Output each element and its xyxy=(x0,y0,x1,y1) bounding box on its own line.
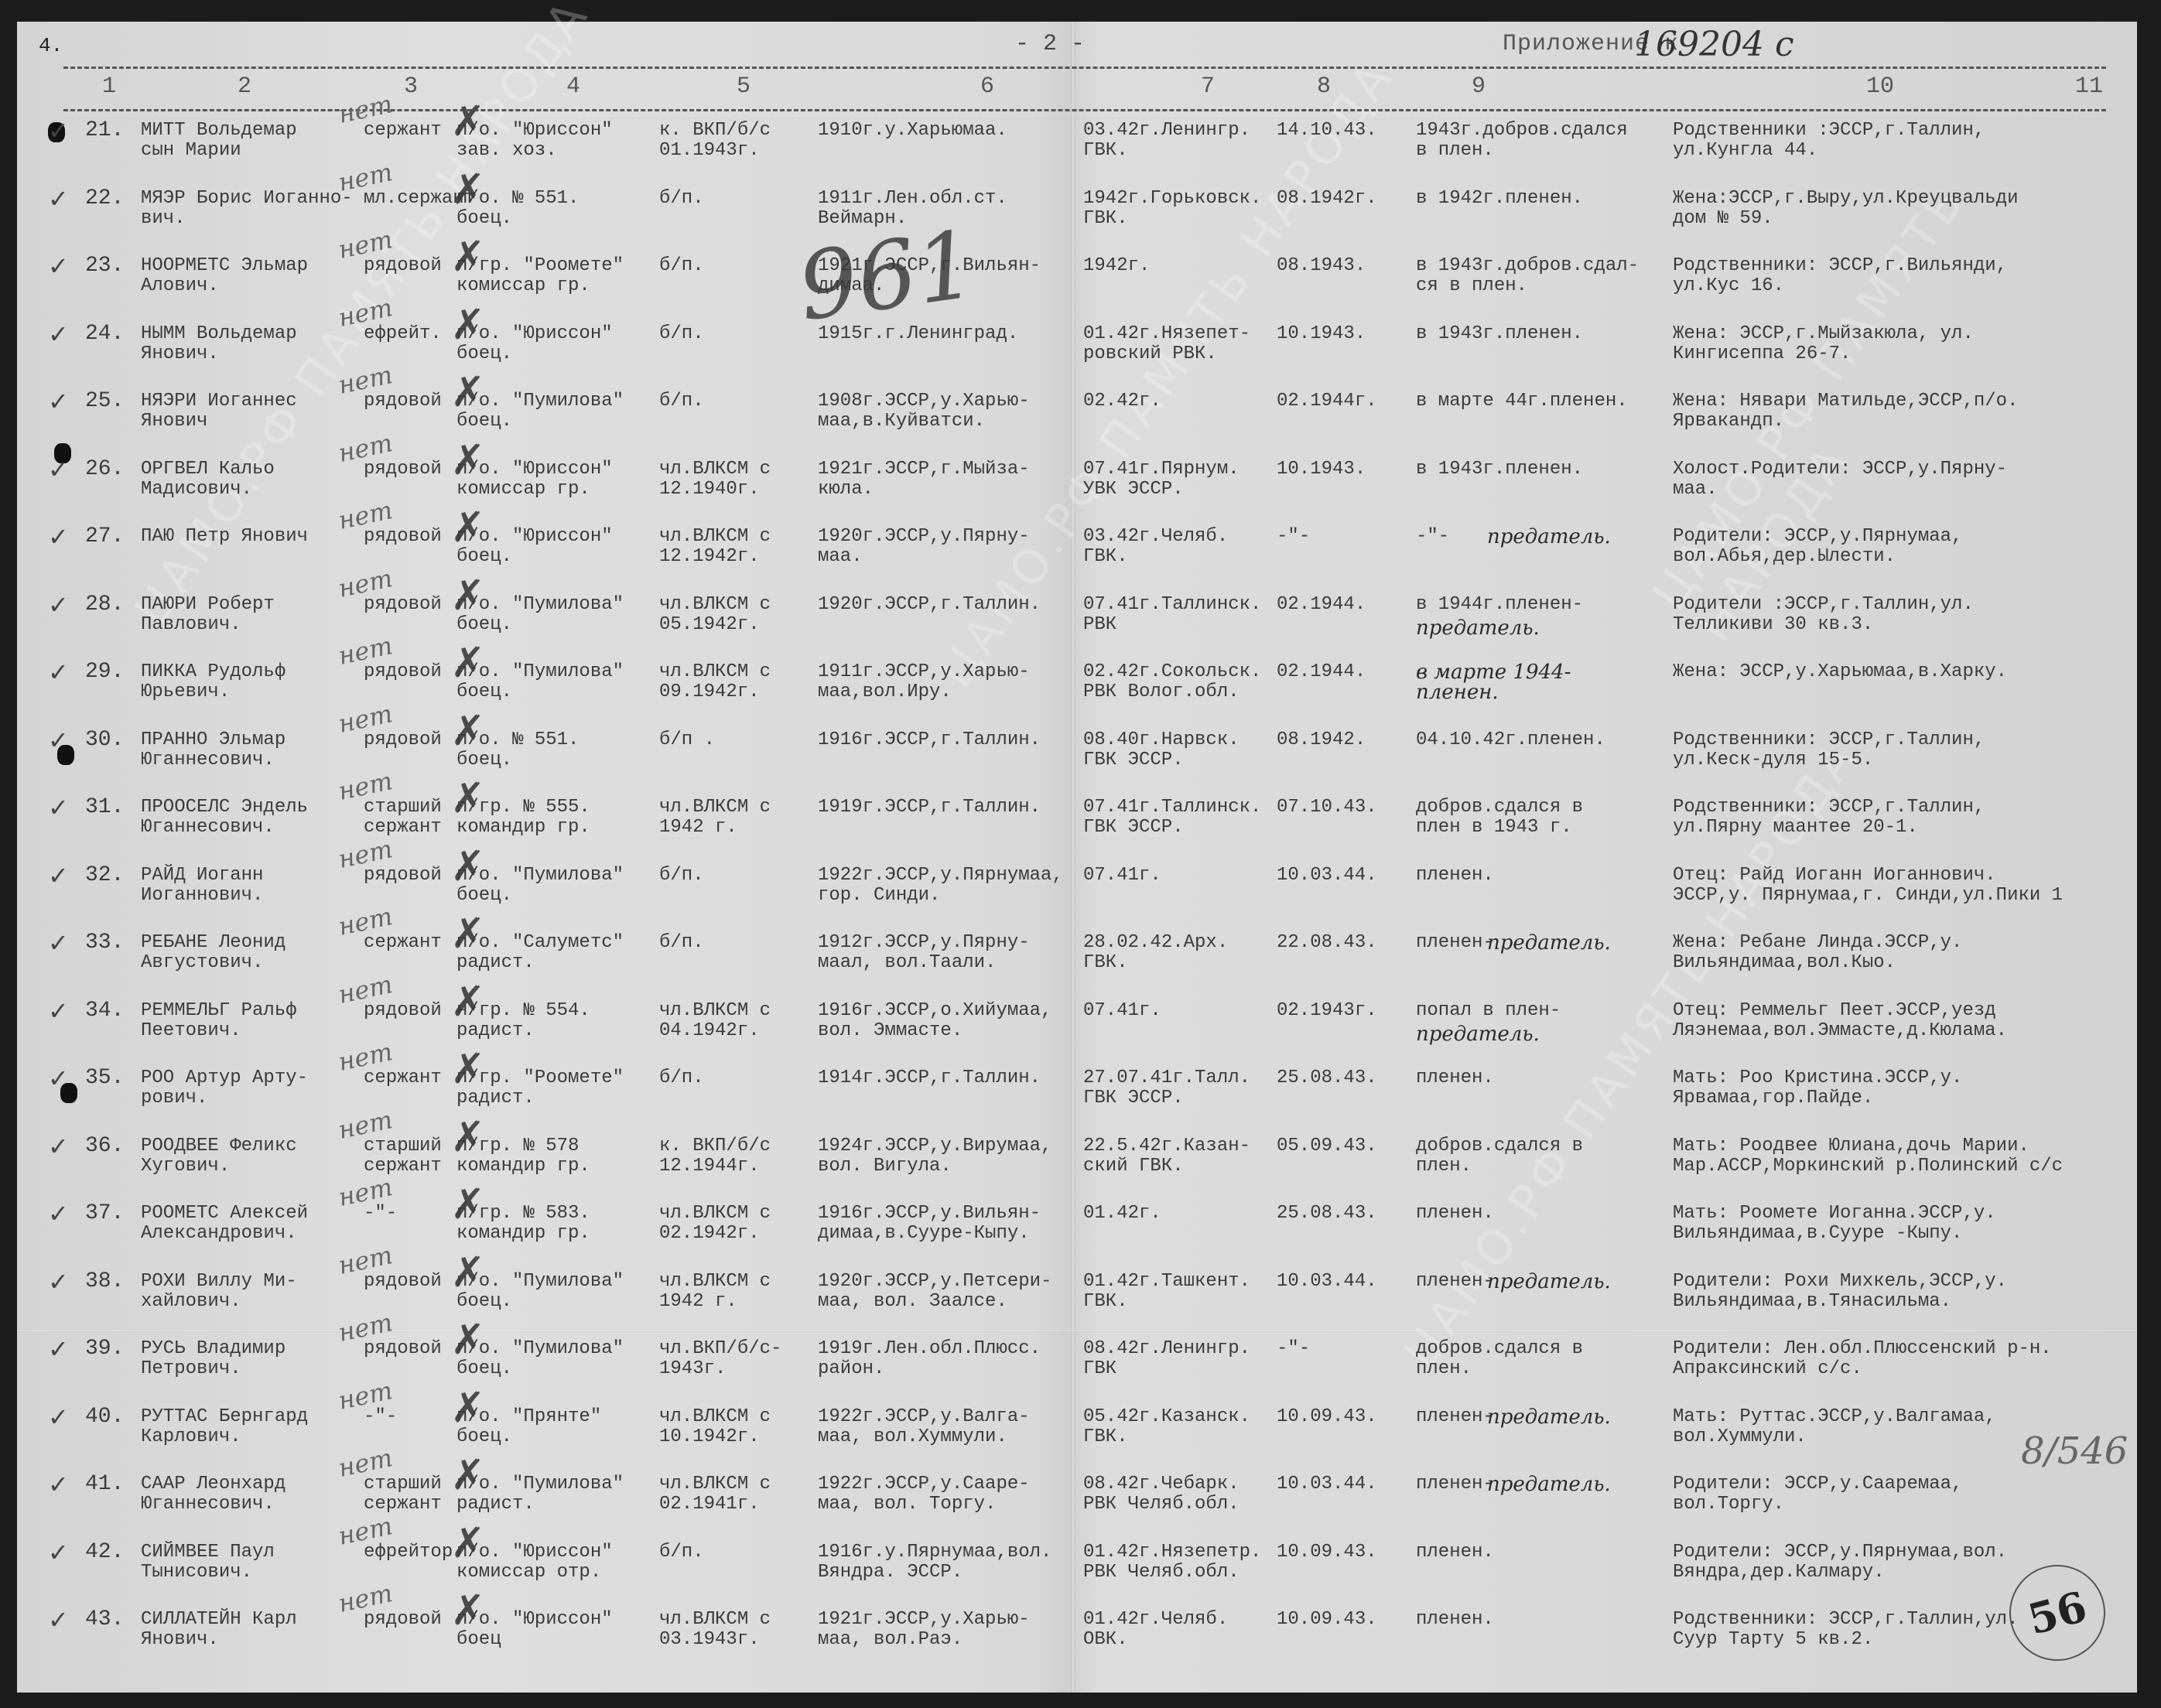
rank: старший сержант xyxy=(364,1136,456,1177)
table-row: ✓нет✗21.МИТТ Вольдемар сын Мариисержантп… xyxy=(17,121,2137,187)
rank: рядовой xyxy=(364,459,456,480)
relatives: Жена:ЭССР,г.Выру,ул.Креуцвальди дом № 59… xyxy=(1673,189,2106,229)
row-number: 23. xyxy=(85,256,124,276)
birth-info: 1924г.ЭССР,у.Вирумаа, вол. Вигула. xyxy=(818,1136,1073,1177)
missing-date: 08.1943. xyxy=(1277,256,1393,276)
handwritten-fate-note: предатель. xyxy=(1416,1024,1648,1044)
handwritten-fate-note: предатель. xyxy=(1416,618,1648,638)
column-header: 3 xyxy=(404,73,418,100)
birth-info: 1916г.ЭССР,г.Таллин. xyxy=(818,730,1073,750)
missing-date: 08.1942г. xyxy=(1277,189,1393,209)
person-name: СИЙМВЕЕ Паул Тынисович. xyxy=(141,1542,319,1583)
table-row: ✓нет✗23.НООРМЕТС Эльмар Алович.рядовойп/… xyxy=(17,256,2137,323)
draft-info: 28.02.42.Арх. ГВК. xyxy=(1083,933,1269,973)
party-membership: чл.ВЛКСМ с 05.1942г. xyxy=(659,595,814,635)
relatives: Родители: Рохи Михкель,ЭССР,у. Вильяндим… xyxy=(1673,1272,2106,1312)
table-row: ✓нет✗36.РООДВЕЕ Феликс Хугович.старший с… xyxy=(17,1136,2137,1203)
birth-info: 1922г.ЭССР,у.Валга- маа, вол.Хуммули. xyxy=(818,1407,1073,1447)
birth-info: 1919г.ЭССР,г.Таллин. xyxy=(818,798,1073,818)
party-membership: чл.ВЛКСМ с 04.1942г. xyxy=(659,1001,814,1041)
unit-position: п/о. "Юриссон" боец xyxy=(456,1610,642,1650)
column-header: 11 xyxy=(2075,73,2103,100)
missing-date: 25.08.43. xyxy=(1277,1068,1393,1088)
missing-date: 10.09.43. xyxy=(1277,1610,1393,1630)
party-membership: чл.ВЛКСМ с 09.1942г. xyxy=(659,662,814,702)
missing-date: 10.09.43. xyxy=(1277,1407,1393,1427)
fate: в 1942г.пленен. xyxy=(1416,189,1648,209)
unit-position: п/о. № 551. боец. xyxy=(456,730,642,770)
unit-position: п/гр. № 578 командир гр. xyxy=(456,1136,642,1177)
draft-info: 07.41г. xyxy=(1083,866,1269,886)
draft-info: 02.42г. xyxy=(1083,391,1269,412)
column-header: 8 xyxy=(1317,73,1331,100)
missing-date: 02.1944. xyxy=(1277,595,1393,615)
rank: старший сержант xyxy=(364,1474,456,1515)
check-mark-icon: ✓ xyxy=(48,730,69,750)
missing-date: -"- xyxy=(1277,1339,1393,1359)
table-row: ✓нет✗35.РОО Артур Арту- рович.сержантп/г… xyxy=(17,1068,2137,1135)
fate: пленен. xyxy=(1416,1204,1648,1224)
draft-info: 07.41г. xyxy=(1083,1001,1269,1021)
check-mark-icon: ✓ xyxy=(48,662,69,682)
row-number: 40. xyxy=(85,1407,124,1427)
rank: рядовой xyxy=(364,1339,456,1359)
person-name: ПИККА Рудольф Юрьевич. xyxy=(141,662,319,702)
row-number: 32. xyxy=(85,866,124,886)
missing-date: 08.1942. xyxy=(1277,730,1393,750)
missing-date: 10.1943. xyxy=(1277,324,1393,344)
person-name: МИТТ Вольдемар сын Марии xyxy=(141,121,319,161)
missing-date: 02.1943г. xyxy=(1277,1001,1393,1021)
party-membership: к. ВКП/б/с 01.1943г. xyxy=(659,121,814,161)
party-membership: б/п. xyxy=(659,933,814,953)
relatives: Родители: ЭССР,у.Сааремаа, вол.Торгу. xyxy=(1673,1474,2106,1515)
person-name: СИЛЛАТЕЙН Карл Янович. xyxy=(141,1610,319,1650)
handwritten-fate-note: предатель. xyxy=(1487,1272,1719,1292)
draft-info: 1942г. xyxy=(1083,256,1269,276)
check-mark-icon: ✓ xyxy=(48,391,69,412)
person-name: РОХИ Виллу Ми- хайлович. xyxy=(141,1272,319,1312)
person-name: ПРООСЕЛС Эндель Юганнесович. xyxy=(141,798,319,838)
fate: добров.сдался в плен. xyxy=(1416,1136,1648,1177)
missing-date: 10.03.44. xyxy=(1277,1474,1393,1494)
birth-info: 1916г.ЭССР,у.Вильян- димаа,в.Сууре-Кыпу. xyxy=(818,1204,1073,1244)
draft-info: 07.41г.Пярнум. УВК ЭССР. xyxy=(1083,459,1269,500)
rank: рядовой xyxy=(364,662,456,682)
relatives: Отец: Райд Иоганн Иоганнович. ЭССР,у. Пя… xyxy=(1673,866,2106,906)
corner-mark: 4. xyxy=(39,34,63,57)
row-number: 36. xyxy=(85,1136,124,1156)
fate: в 1944г.пленен- xyxy=(1416,595,1648,615)
table-row: ✓нет✗26.ОРГВЕЛ Кальо Мадисович.рядовойп/… xyxy=(17,459,2137,526)
rank: -"- xyxy=(364,1407,456,1427)
handwritten-fate-note: предатель. xyxy=(1487,1474,1719,1494)
person-name: РООДВЕЕ Феликс Хугович. xyxy=(141,1136,319,1177)
row-number: 34. xyxy=(85,1001,124,1021)
rank: рядовой xyxy=(364,866,456,886)
birth-info: 1921г.ЭССР,г.Мыйза- кюла. xyxy=(818,459,1073,500)
row-number: 41. xyxy=(85,1474,124,1494)
unit-position: п/о. "Пумилова" боец. xyxy=(456,662,642,702)
missing-date: -"- xyxy=(1277,527,1393,547)
party-membership: б/п. xyxy=(659,1542,814,1563)
rank: рядовой xyxy=(364,1272,456,1292)
unit-position: п/о. "Юриссон" боец. xyxy=(456,324,642,364)
column-header: 6 xyxy=(980,73,994,100)
fate: попал в плен- xyxy=(1416,1001,1648,1021)
birth-info: 1911г.ЭССР,у.Харью- маа,вол.Иру. xyxy=(818,662,1073,702)
party-membership: чл.ВЛКСМ с 03.1943г. xyxy=(659,1610,814,1650)
relatives: Родители: ЭССР,у.Пярнумаа, вол.Абья,дер.… xyxy=(1673,527,2106,567)
rank: сержант xyxy=(364,933,456,953)
relatives: Родственники: ЭССР,г.Таллин, ул.Кеск-дул… xyxy=(1673,730,2106,770)
table-row: ✓нет✗42.СИЙМВЕЕ Паул Тынисович.ефрейторп… xyxy=(17,1542,2137,1609)
check-mark-icon: ✓ xyxy=(48,121,69,141)
fate: пленен. xyxy=(1416,1068,1648,1088)
check-mark-icon: ✓ xyxy=(48,324,69,344)
birth-info: 1908г.ЭССР,у.Харью- маа,в.Куйватси. xyxy=(818,391,1073,432)
party-membership: чл.ВЛКСМ с 1942 г. xyxy=(659,798,814,838)
relatives: Жена: ЭССР,г.Мыйзакюла, ул. Кингисеппа 2… xyxy=(1673,324,2106,364)
draft-info: 03.42г.Ленингр. ГВК. xyxy=(1083,121,1269,161)
draft-info: 08.42г.Ленингр. ГВК xyxy=(1083,1339,1269,1379)
relatives: Мать: Роомете Иоганна.ЭССР,у. Вильяндима… xyxy=(1673,1204,2106,1244)
birth-info: 1915г.г.Ленинград. xyxy=(818,324,1073,344)
table-row: ✓нет✗32.РАЙД Иоганн Иоганнович.рядовойп/… xyxy=(17,866,2137,932)
rank: рядовой xyxy=(364,595,456,615)
rank: рядовой xyxy=(364,1610,456,1630)
unit-position: п/о. "Пумилова" боец. xyxy=(456,866,642,906)
relatives: Жена: Нявари Матильде,ЭССР,п/о. Ярваканд… xyxy=(1673,391,2106,432)
table-row: ✓нет✗37.РООМЕТС Алексей Александрович.-"… xyxy=(17,1204,2137,1270)
fate: в 1943г.добров.сдал- ся в плен. xyxy=(1416,256,1648,296)
unit-position: п/о. "Юриссон" зав. хоз. xyxy=(456,121,642,161)
row-number: 37. xyxy=(85,1204,124,1224)
person-name: ПАЮ Петр Янович xyxy=(141,527,319,547)
row-number: 26. xyxy=(85,459,124,480)
party-membership: чл.ВЛКСМ с 10.1942г. xyxy=(659,1407,814,1447)
draft-info: 07.41г.Таллинск. ГВК ЭССР. xyxy=(1083,798,1269,838)
table-row: ✓нет✗33.РЕБАНЕ Леонид Августович.сержант… xyxy=(17,933,2137,999)
person-name: РЕММЕЛЬГ Ральф Пеетович. xyxy=(141,1001,319,1041)
table-row: ✓нет✗39.РУСЬ Владимир Петрович.рядовойп/… xyxy=(17,1339,2137,1406)
row-number: 43. xyxy=(85,1610,124,1630)
relatives: Мать: Роо Кристина.ЭССР,у. Ярвамаа,гор.П… xyxy=(1673,1068,2106,1108)
draft-info: 01.42г.Нязепет- ровский РВК. xyxy=(1083,324,1269,364)
row-number: 31. xyxy=(85,798,124,818)
fate: 04.10.42г.пленен. xyxy=(1416,730,1648,750)
fate: добров.сдался в плен в 1943 г. xyxy=(1416,798,1648,838)
column-header: 4 xyxy=(566,73,580,100)
check-mark-icon: ✓ xyxy=(48,1068,69,1088)
unit-position: п/гр. № 583. командир гр. xyxy=(456,1204,642,1244)
check-mark-icon: ✓ xyxy=(48,1610,69,1630)
check-mark-icon: ✓ xyxy=(48,1001,69,1021)
unit-position: п/о. "Юриссон" боец. xyxy=(456,527,642,567)
relatives: Мать: Роодвее Юлиана,дочь Марии. Мар.АСС… xyxy=(1673,1136,2106,1177)
check-mark-icon: ✓ xyxy=(48,595,69,615)
party-membership: б/п. xyxy=(659,256,814,276)
missing-date: 25.08.43. xyxy=(1277,1204,1393,1224)
table-row: ✓нет✗31.ПРООСЕЛС Эндель Юганнесович.стар… xyxy=(17,798,2137,864)
relatives: Родственники: ЭССР,г.Вильянди, ул.Кус 16… xyxy=(1673,256,2106,296)
check-mark-icon: ✓ xyxy=(48,1272,69,1292)
column-header: 1 xyxy=(102,73,116,100)
relatives: Родственники: ЭССР,г.Таллин, ул.Пярну мa… xyxy=(1673,798,2106,838)
side-note: 8/546 xyxy=(2021,1430,2128,1473)
check-mark-icon: ✓ xyxy=(48,933,69,953)
unit-position: п/о. "Юриссон" комиссар отр. xyxy=(456,1542,642,1583)
rank: рядовой xyxy=(364,730,456,750)
unit-position: п/о. "Прянте" боец. xyxy=(456,1407,642,1447)
party-membership: чл.ВЛКСМ с 1942 г. xyxy=(659,1272,814,1312)
birth-info: 1920г.ЭССР,у.Петсери- маа, вол. Заалсе. xyxy=(818,1272,1073,1312)
row-number: 38. xyxy=(85,1272,124,1292)
missing-date: 02.1944г. xyxy=(1277,391,1393,412)
column-header: 7 xyxy=(1201,73,1215,100)
birth-info: 1921г.ЭССР,г.Вильян- димаа. xyxy=(818,256,1073,296)
fate: пленен. xyxy=(1416,1610,1648,1630)
missing-date: 05.09.43. xyxy=(1277,1136,1393,1156)
relatives: Жена: Ребане Линда.ЭССР,у. Вильяндимаа,в… xyxy=(1673,933,2106,973)
relatives: Родители: Лен.обл.Плюссенский р-н. Апрак… xyxy=(1673,1339,2106,1379)
draft-info: 22.5.42г.Казан- ский ГВК. xyxy=(1083,1136,1269,1177)
row-number: 24. xyxy=(85,324,124,344)
check-mark-icon: ✓ xyxy=(48,1136,69,1156)
missing-date: 14.10.43. xyxy=(1277,121,1393,141)
birth-info: 1922г.ЭССР,у.Пярнумаа, гор. Синди. xyxy=(818,866,1073,906)
missing-date: 22.08.43. xyxy=(1277,933,1393,953)
missing-date: 10.09.43. xyxy=(1277,1542,1393,1563)
rank: рядовой xyxy=(364,256,456,276)
unit-position: п/о. № 551. боец. xyxy=(456,189,642,229)
check-mark-icon: ✓ xyxy=(48,1204,69,1224)
unit-position: п/о. "Пумилова" боец. xyxy=(456,1272,642,1312)
person-name: РООМЕТС Алексей Александрович. xyxy=(141,1204,319,1244)
fate: добров.сдался в плен. xyxy=(1416,1339,1648,1379)
table-row: ✓нет✗40.РУТТАС Бернгард Карлович.-"-п/о.… xyxy=(17,1407,2137,1474)
birth-info: 1922г.ЭССР,у.Сааре- маа, вол. Торгу. xyxy=(818,1474,1073,1515)
check-mark-icon: ✓ xyxy=(48,189,69,209)
row-number: 22. xyxy=(85,189,124,209)
relatives: Жена: ЭССР,у.Харьюмаа,в.Харку. xyxy=(1673,662,2106,682)
missing-date: 10.1943. xyxy=(1277,459,1393,480)
person-name: РОО Артур Арту- рович. xyxy=(141,1068,319,1108)
column-header: 2 xyxy=(238,73,251,100)
table-row: ✓нет✗41.СААР Леонхард Юганнесович.старши… xyxy=(17,1474,2137,1541)
draft-info: 08.40г.Нарвск. ГВК ЭССР. xyxy=(1083,730,1269,770)
rank: рядовой xyxy=(364,1001,456,1021)
party-membership: к. ВКП/б/с 12.1944г. xyxy=(659,1136,814,1177)
draft-info: 27.07.41г.Талл. ГВК ЭССР. xyxy=(1083,1068,1269,1108)
relatives: Родственники :ЭССР,г.Таллин, ул.Кунгла 4… xyxy=(1673,121,2106,161)
table-row: ✓нет✗24.НЫММ Вольдемар Янович.ефрейт.п/о… xyxy=(17,324,2137,391)
party-membership: б/п . xyxy=(659,730,814,750)
party-membership: б/п. xyxy=(659,866,814,886)
person-name: ОРГВЕЛ Кальо Мадисович. xyxy=(141,459,319,500)
handwritten-fate-note: в марте 1944- пленен. xyxy=(1416,662,1648,702)
birth-info: 1921г.ЭССР,у.Харью- маа, вол.Раэ. xyxy=(818,1610,1073,1650)
party-membership: чл.ВЛКСМ с 02.1941г. xyxy=(659,1474,814,1515)
draft-info: 1942г.Горьковск. ГВК. xyxy=(1083,189,1269,229)
table-row: ✓нет✗30.ПРАННО Эльмар Юганнесович.рядово… xyxy=(17,730,2137,797)
rank: рядовой xyxy=(364,527,456,547)
handwritten-fate-note: предатель. xyxy=(1487,933,1719,953)
draft-info: 01.42г.Нязепетр. РВК Челяб.обл. xyxy=(1083,1542,1269,1583)
unit-position: п/гр. "Роомете" комиссар гр. xyxy=(456,256,642,296)
draft-info: 02.42г.Сокольск. РВК Волог.обл. xyxy=(1083,662,1269,702)
fate: в марте 44г.пленен. xyxy=(1416,391,1648,412)
birth-info: 1919г.Лен.обл.Плюсс. район. xyxy=(818,1339,1073,1379)
handwritten-reference: 169204 с xyxy=(1634,25,1794,64)
row-number: 35. xyxy=(85,1068,124,1088)
row-number: 21. xyxy=(85,121,124,141)
relatives: Родители :ЭССР,г.Таллин,ул. Телликиви 30… xyxy=(1673,595,2106,635)
party-membership: чл.ВЛКСМ с 12.1942г. xyxy=(659,527,814,567)
handwritten-fate-note: предатель. xyxy=(1487,1407,1719,1427)
table-row: ✓нет✗29.ПИККА Рудольф Юрьевич.рядовойп/о… xyxy=(17,662,2137,729)
row-number: 42. xyxy=(85,1542,124,1563)
unit-position: п/о. "Пумилова" боец. xyxy=(456,595,642,635)
birth-info: 1916г.ЭССР,о.Хийумаа, вол. Эммасте. xyxy=(818,1001,1073,1041)
check-mark-icon: ✓ xyxy=(48,866,69,886)
birth-info: 1914г.ЭССР,г.Таллин. xyxy=(818,1068,1073,1088)
column-header: 10 xyxy=(1866,73,1894,100)
party-membership: чл.ВКП/б/с- 1943г. xyxy=(659,1339,814,1379)
draft-info: 03.42г.Челяб. ГВК. xyxy=(1083,527,1269,567)
document-sheet: ЦАМО.РФ ПАМЯТЬ НАРОДА ЦАМО.РФ ПАМЯТЬ НАР… xyxy=(17,22,2137,1693)
draft-info: 01.42г. xyxy=(1083,1204,1269,1224)
missing-date: 07.10.43. xyxy=(1277,798,1393,818)
fate: пленен. xyxy=(1416,1542,1648,1563)
unit-position: н/гр. № 554. радист. xyxy=(456,1001,642,1041)
row-number: 25. xyxy=(85,391,124,412)
column-header: 5 xyxy=(737,73,751,100)
unit-position: п/гр. № 555. командир гр. xyxy=(456,798,642,838)
birth-info: 1911г.Лен.обл.ст. Веймарн. xyxy=(818,189,1073,229)
person-name: РУТТАС Бернгард Карлович. xyxy=(141,1407,319,1447)
person-name: МЯЭР Борис Иоганно- вич. xyxy=(141,189,319,229)
table-row: ✓нет✗25.НЯЭРИ Иоганнес Яновичрядовойп/о.… xyxy=(17,391,2137,458)
person-name: РЕБАНЕ Леонид Августович. xyxy=(141,933,319,973)
relatives: Отец: Реммельг Пеет.ЭССР,уезд Ляэнемаа,в… xyxy=(1673,1001,2106,1041)
draft-info: 01.42г.Челяб. ОВК. xyxy=(1083,1610,1269,1650)
draft-info: 08.42г.Чебарк. РВК Челяб.обл. xyxy=(1083,1474,1269,1515)
party-membership: чл.ВЛКСМ с 12.1940г. xyxy=(659,459,814,500)
person-name: НЫММ Вольдемар Янович. xyxy=(141,324,319,364)
party-membership: б/п. xyxy=(659,391,814,412)
birth-info: 1920г.ЭССР,у.Пярну- маа. xyxy=(818,527,1073,567)
row-number: 29. xyxy=(85,662,124,682)
row-number: 30. xyxy=(85,730,124,750)
row-number: 39. xyxy=(85,1339,124,1359)
check-mark-icon: ✓ xyxy=(48,798,69,818)
rank: мл.сержант xyxy=(364,189,456,209)
party-membership: б/п. xyxy=(659,1068,814,1088)
birth-info: 1912г.ЭССР,у.Пярну- маал, вол.Таали. xyxy=(818,933,1073,973)
rank: рядовой xyxy=(364,391,456,412)
birth-info: 1910г.у.Харьюмаа. xyxy=(818,121,1073,141)
missing-date: 02.1944. xyxy=(1277,662,1393,682)
rank: ефрейт. xyxy=(364,324,456,344)
person-name: СААР Леонхард Юганнесович. xyxy=(141,1474,319,1515)
unit-position: п/о. "Пумилова" радист. xyxy=(456,1474,642,1515)
unit-position: п/о. "Юриссон" комиссар гр. xyxy=(456,459,642,500)
birth-info: 1916г.у.Пярнумаа,вол. Вяндра. ЭССР. xyxy=(818,1542,1073,1583)
column-header: 9 xyxy=(1472,73,1486,100)
handwritten-fate-note: предатель. xyxy=(1487,527,1719,547)
check-mark-icon: ✓ xyxy=(48,1542,69,1563)
rank: старший сержант xyxy=(364,798,456,838)
fate: в 1943г.пленен. xyxy=(1416,324,1648,344)
unit-position: п/о. "Пумилова" боец. xyxy=(456,1339,642,1379)
draft-info: 05.42г.Казанск. ГВК. xyxy=(1083,1407,1269,1447)
table-row: ✓нет✗27.ПАЮ Петр Яновичрядовойп/о. "Юрис… xyxy=(17,527,2137,593)
relatives: Холост.Родители: ЭССР,у.Пярну- маа. xyxy=(1673,459,2106,500)
fate: 1943г.добров.сдался в плен. xyxy=(1416,121,1648,161)
table-row: ✓нет✗38.РОХИ Виллу Ми- хайлович.рядовойп… xyxy=(17,1272,2137,1338)
rank: сержант xyxy=(364,121,456,141)
person-name: НЯЭРИ Иоганнес Янович xyxy=(141,391,319,432)
person-name: РАЙД Иоганн Иоганнович. xyxy=(141,866,319,906)
fate: в 1943г.пленен. xyxy=(1416,459,1648,480)
check-mark-icon: ✓ xyxy=(48,459,69,480)
draft-info: 07.41г.Таллинск. РВК xyxy=(1083,595,1269,635)
row-number: 28. xyxy=(85,595,124,615)
party-membership: чл.ВЛКСМ с 02.1942г. xyxy=(659,1204,814,1244)
check-mark-icon: ✓ xyxy=(48,527,69,547)
unit-position: п/гр. "Роомете" радист. xyxy=(456,1068,642,1108)
person-name: ПРАННО Эльмар Юганнесович. xyxy=(141,730,319,770)
row-number: 27. xyxy=(85,527,124,547)
person-name: ПАЮРИ Роберт Павлович. xyxy=(141,595,319,635)
person-name: НООРМЕТС Эльмар Алович. xyxy=(141,256,319,296)
check-mark-icon: ✓ xyxy=(48,1407,69,1427)
unit-position: п/о. "Пумилова" боец. xyxy=(456,391,642,432)
row-number: 33. xyxy=(85,933,124,953)
unit-position: п/о. "Салуметс" радист. xyxy=(456,933,642,973)
table-row: ✓нет✗28.ПАЮРИ Роберт Павлович.рядовойп/о… xyxy=(17,595,2137,661)
birth-info: 1920г.ЭССР,г.Таллин. xyxy=(818,595,1073,615)
check-mark-icon: ✓ xyxy=(48,1339,69,1359)
fate: пленен. xyxy=(1416,866,1648,886)
person-name: РУСЬ Владимир Петрович. xyxy=(141,1339,319,1379)
table-row: ✓нет✗22.МЯЭР Борис Иоганно- вич.мл.сержа… xyxy=(17,189,2137,255)
party-membership: б/п. xyxy=(659,189,814,209)
page-number: - 2 - xyxy=(1015,31,1085,57)
check-mark-icon: ✓ xyxy=(48,1474,69,1494)
missing-date: 10.03.44. xyxy=(1277,1272,1393,1292)
rank: ефрейтор xyxy=(364,1542,456,1563)
draft-info: 01.42г.Ташкент. ГВК. xyxy=(1083,1272,1269,1312)
missing-date: 10.03.44. xyxy=(1277,866,1393,886)
rank: -"- xyxy=(364,1204,456,1224)
party-membership: б/п. xyxy=(659,324,814,344)
table-row: ✓нет✗43.СИЛЛАТЕЙН Карл Янович.рядовойп/о… xyxy=(17,1610,2137,1676)
rank: сержант xyxy=(364,1068,456,1088)
check-mark-icon: ✓ xyxy=(48,256,69,276)
table-row: ✓нет✗34.РЕММЕЛЬГ Ральф Пеетович.рядовойн… xyxy=(17,1001,2137,1067)
